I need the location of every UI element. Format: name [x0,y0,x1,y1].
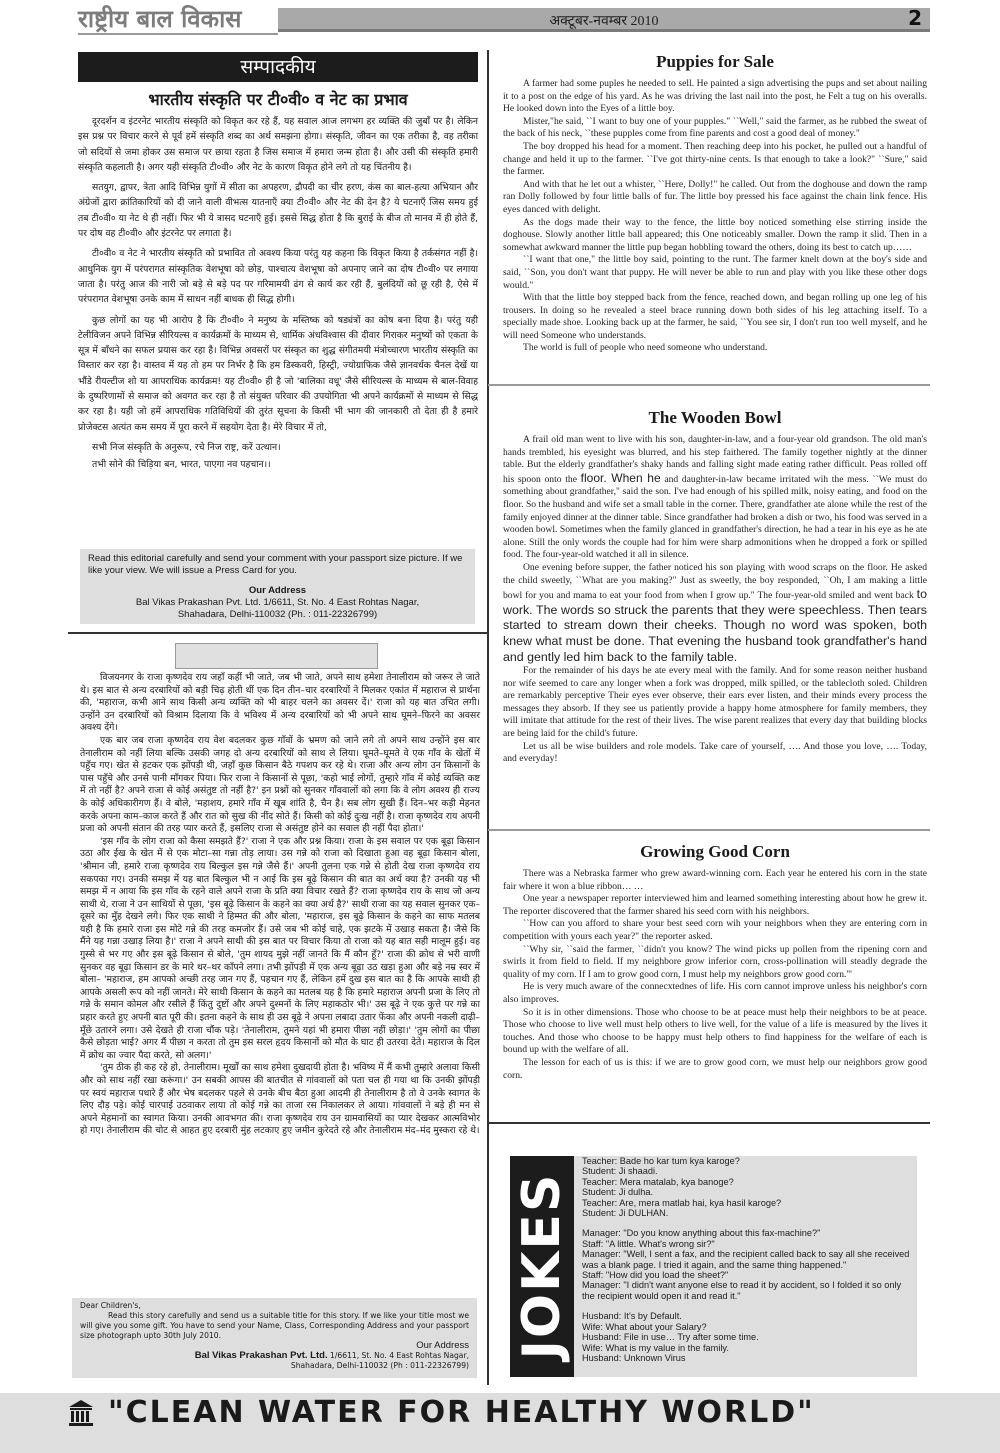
contest-text: Read this story carefully and send us a … [80,1311,469,1341]
article-body: A farmer had some puples he needed to se… [503,78,927,355]
article-growing-good-corn: Growing Good Corn There was a Nebraska f… [503,842,927,1082]
joke-line: Manager: "Well, I sent a fax, and the re… [582,1249,911,1270]
story-title-placeholder [175,643,378,669]
paragraph: ``How can you afford to share your best … [503,918,927,943]
paragraph: There was a Nebraska farmer who grew awa… [503,868,927,893]
joke-line: Staff: "How did you load the sheet?" [582,1270,911,1280]
joke-line: Manager: "Do you know anything about thi… [582,1228,911,1238]
joke-line: Student: Ji dulha. [582,1187,911,1197]
joke: Teacher: Bade ho kar tum kya karoge? Stu… [582,1156,911,1218]
joke: Husband: It's by Default. Wife: What abo… [582,1311,911,1363]
paragraph: The lesson for each of us is this: if we… [503,1057,927,1082]
paragraph: For the remainder of his days he ate eve… [503,665,927,741]
paragraph: He is very much aware of the connecxtedn… [503,981,927,1006]
address-heading: Our Address [88,585,467,597]
joke-line: Teacher: Bade ho kar tum kya karoge? [582,1156,911,1166]
article-body: A frail old man went to live with his so… [503,434,927,766]
paragraph: ``Why sir, ``said the farmer, ``didn't y… [503,944,927,982]
address-line: Bal Vikas Prakashan Pvt. Ltd. 1/6611, St… [88,597,467,609]
joke-line: Wife: What is my value in the family. [582,1343,911,1353]
paragraph: One evening before supper, the father no… [503,562,927,665]
article-puppies-for-sale: Puppies for Sale A farmer had some puple… [503,52,927,355]
jokes-text: Teacher: Bade ho kar tum kya karoge? Stu… [582,1156,911,1373]
editorial-body: दूरदर्शन व इंटरनेट भारतीय संस्कृति को वि… [78,114,478,473]
joke-line: Husband: File in use… Try after some tim… [582,1332,911,1342]
jokes-box: JOKES Teacher: Bade ho kar tum kya karog… [510,1156,917,1377]
paragraph: 'इस गाँव के लोग राजा को कैसा समझते हैं?'… [80,836,480,1063]
joke-line: Manager: "I didn't want anyone else to r… [582,1280,911,1301]
column-divider [487,50,489,1385]
article-wooden-bowl: The Wooden Bowl A frail old man went to … [503,408,927,766]
paragraph: टी०वी० व नेट ने भारतीय संस्कृति को प्रभा… [78,246,478,307]
paragraph: So it is in other dimensions. Those who … [503,1007,927,1057]
paragraph: Mister,"he said, ``I want to buy one of … [503,116,927,141]
verse-line: तभी सोने की चिड़िया बन, भारत, पाएगा नव प… [78,457,478,472]
address-line: Shahadara, Delhi-110032 (Ph : 011-223267… [80,1361,469,1371]
article-body: There was a Nebraska farmer who grew awa… [503,868,927,1082]
paragraph: And with that he let out a whister, ``He… [503,179,927,217]
issue-date: अक्टूबर-नवम्बर 2010 [278,11,930,30]
publication-logo: राष्ट्रीय बाल विकास [78,4,250,34]
address-line: Shahadara, Delhi-110032 (Ph. : 011-22326… [88,609,467,621]
editorial: सम्पादकीय भारतीय संस्कृति पर टी०वी० व ने… [78,52,478,475]
paragraph: One year a newspaper reporter interviewe… [503,893,927,918]
unesco-temple-icon [68,1399,94,1427]
paragraph: As the dogs made their way to the fence,… [503,217,927,255]
tenaliram-story: विजयनगर के राजा कृष्णदेव राय जहाँ कहीं भ… [80,672,480,1138]
joke-line: Teacher: Are, mera matlab hai, kya hasil… [582,1198,911,1208]
section-divider [68,632,488,634]
article-divider [488,829,930,831]
notice-text: Read this editorial carefully and send y… [88,553,467,577]
jokes-label-strip: JOKES [510,1156,574,1377]
article-divider [488,384,930,386]
paragraph: A frail old man went to live with his so… [503,434,927,562]
article-title: Growing Good Corn [503,842,927,862]
paragraph: विजयनगर के राजा कृष्णदेव राय जहाँ कहीं भ… [80,672,480,735]
publisher-name: Bal Vikas Prakashan Pvt. Ltd. [195,1350,328,1361]
masthead-bar: अक्टूबर-नवम्बर 2010 2 [278,8,930,32]
joke-line: Husband: It's by Default. [582,1311,911,1321]
section-divider [488,1122,930,1124]
article-title: Puppies for Sale [503,52,927,72]
editorial-title: भारतीय संस्कृति पर टी०वी० व नेट का प्रभा… [78,88,478,110]
footer-slogan: "CLEAN WATER FOR HEALTHY WORLD" [108,1395,815,1430]
footer-banner: "CLEAN WATER FOR HEALTHY WORLD" [0,1393,1000,1453]
paragraph: सतयुग, द्वापर, त्रेता आदि विभिन्न युगों … [78,180,478,241]
paragraph: The world is full of people who need som… [503,342,927,355]
salutation: Dear Children's, [80,1301,469,1311]
logo-underline [78,33,278,35]
joke: Manager: "Do you know anything about thi… [582,1228,911,1301]
verse-line: सभी निज संस्कृति के अनुरूप, रचे निज राष्… [78,440,478,455]
editorial-banner: सम्पादकीय [78,52,478,82]
paragraph: एक बार जब राजा कृष्णदेव राय वेश बदलकर कु… [80,735,480,836]
joke-line: Husband: Unknown Virus [582,1353,911,1363]
editorial-notice: Read this editorial carefully and send y… [80,549,475,624]
jokes-label: JOKES [512,1173,572,1360]
joke-line: Student: Ji shaadi. [582,1166,911,1176]
joke-line: Teacher: Mera matalab, kya banoge? [582,1177,911,1187]
paragraph: Let us all be wise builders and role mod… [503,741,927,766]
joke-line: Wife: What about your Salary? [582,1322,911,1332]
paragraph: 'तुम ठीक ही कह रहे हो, तेनालीराम। मूर्खो… [80,1062,480,1138]
paragraph: A farmer had some puples he needed to se… [503,78,927,116]
joke-line: Student: Ji DULHAN. [582,1208,911,1218]
masthead: अक्टूबर-नवम्बर 2010 2 राष्ट्रीय बाल विका… [78,4,930,34]
title-contest-box: Dear Children's, Read this story careful… [72,1298,477,1378]
joke-line: Staff: "A little. What's wrong sir?" [582,1239,911,1249]
paragraph: कुछ लोगों का यह भी आरोप है कि टी०वी० ने … [78,313,478,435]
page-number: 2 [908,6,922,30]
paragraph: The boy dropped his head for a moment. T… [503,141,927,179]
article-title: The Wooden Bowl [503,408,927,428]
paragraph: With that the little boy stepped back fr… [503,292,927,342]
paragraph: ``I want that one," the little boy said,… [503,254,927,292]
paragraph: दूरदर्शन व इंटरनेट भारतीय संस्कृति को वि… [78,114,478,175]
address-line: Bal Vikas Prakashan Pvt. Ltd. 1/6611, St… [80,1351,469,1361]
